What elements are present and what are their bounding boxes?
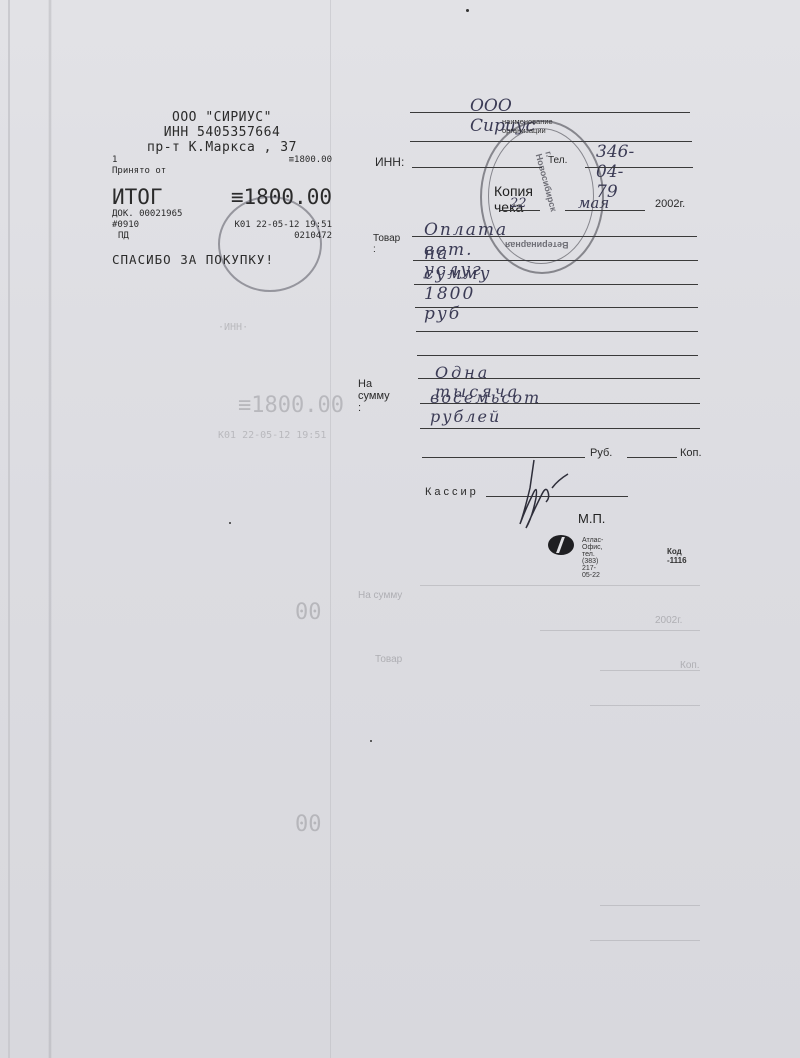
rub-label: Руб. [590,447,612,459]
goods-line [415,307,698,308]
kop-line [627,457,677,458]
inn-label: ИНН: [375,155,404,169]
goods-line [414,284,698,285]
round-stamp-receipt [218,196,322,292]
receipt-total-label: ИТОГ [112,185,163,209]
tel-line [585,167,693,168]
sum-line-2: восемьсот рублей [430,388,541,426]
kop-label: Коп. [680,447,702,459]
ghost-total: ≡1800.00 [238,393,344,418]
atlas-office-logo-icon [548,535,574,555]
page-edge [8,0,10,1058]
receipt-received-from: Принято от [112,166,332,177]
cashier-label: Кассир [425,486,479,498]
ghost-line [420,585,700,586]
date-year: 2002г. [655,198,685,210]
goods-line [416,331,698,332]
printer-info: Атлас-Офис, тел. (383) 217-05-22 [582,537,603,579]
ghost-line [590,940,700,941]
receipt-address: пр-т К.Маркса , 37 [112,140,332,155]
receipt-pd: ПД [112,231,129,242]
sum-line [420,428,700,429]
stamp-text-bottom: Ветеринарная [505,240,568,250]
ghost-goods-label: Товар [375,654,402,665]
scanned-page: ООО "СИРИУС" ИНН 5405357664 пр-т К.Маркс… [0,0,800,1058]
sum-line [420,403,700,404]
sum-line [418,378,700,379]
stamp-place-label: М.П. [578,511,605,526]
goods-label: Товар : [373,233,400,255]
ghost-line [590,705,700,706]
ghost-year: 2002г. [655,615,682,626]
ghost-line [540,630,700,631]
scan-speck [370,740,372,742]
org-name-line [410,112,690,113]
receipt-item-row: 1 ≡1800.00 [112,155,332,166]
sum-label: На сумму : [358,378,390,414]
cashier-signature [512,458,572,530]
page-fold-shadow [48,0,52,1058]
ghost-total: 00 [295,600,322,625]
scan-speck [229,522,231,524]
receipt-item-amount: ≡1800.00 [289,155,332,166]
receipt-doc-number: ДОК. 00021965 [112,209,182,220]
receipt-item-qty: 1 [112,155,117,166]
ghost-text: ·ИНН· [218,322,248,333]
receipt-register: #0910 [112,220,139,231]
ghost-total: 00 [295,812,322,837]
ghost-line [600,905,700,906]
ghost-sum-label: На сумму [358,590,402,601]
ghost-line [600,670,700,671]
receipt-inn: ИНН 5405357664 [112,125,332,140]
form-code: Код -1116 [667,547,687,565]
ghost-kkm: К01 22-05-12 19:51 [218,430,326,441]
scan-speck [466,9,469,12]
goods-line [417,355,698,356]
receipt-company: ООО "СИРИУС" [112,110,332,125]
